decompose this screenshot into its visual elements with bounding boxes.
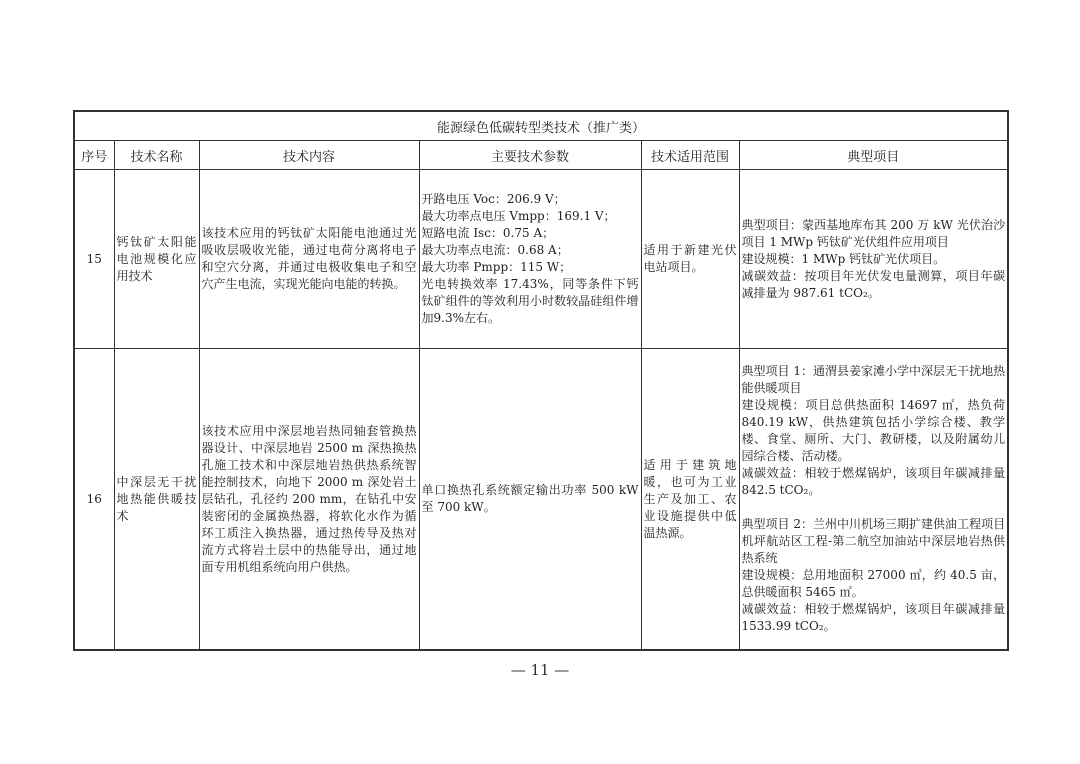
application-scope: 适用于新建光伏电站项目。 [641, 170, 739, 349]
typical-projects: 典型项目 1：通渭县姜家滩小学中深层无干扰地热能供暖项目 建设规模：项目总供热面… [739, 349, 1008, 651]
table-row: 16 中深层无干扰地热能供暖技术 该技术应用中深层地岩热同轴套管换热器设计、中深… [74, 349, 1008, 651]
header-params: 主要技术参数 [419, 141, 641, 170]
application-scope: 适用于建筑地暖，也可为工业生产及加工、农业设施提供中低温热源。 [641, 349, 739, 651]
param-line: 单口换热孔系统额定输出功率 500 kW 至 700 kW。 [422, 482, 639, 516]
param-line: 开路电压 Voc：206.9 V； [422, 191, 639, 208]
row-number: 15 [74, 170, 114, 349]
project-line: 典型项目 2：兰州中川机场三期扩建供油工程项目机坪航站区工程-第二航空加油站中深… [742, 516, 1006, 567]
table-row: 15 钙钛矿太阳能电池规模化应用技术 该技术应用的钙钛矿太阳能电池通过光吸收层吸… [74, 170, 1008, 349]
technology-params: 开路电压 Voc：206.9 V； 最大功率点电压 Vmpp：169.1 V； … [419, 170, 641, 349]
technology-name: 中深层无干扰地热能供暖技术 [114, 349, 199, 651]
header-content: 技术内容 [199, 141, 419, 170]
project-line: 典型项目：蒙西基地库布其 200 万 kW 光伏治沙项目 1 MWp 钙钛矿光伏… [742, 217, 1006, 251]
typical-projects: 典型项目：蒙西基地库布其 200 万 kW 光伏治沙项目 1 MWp 钙钛矿光伏… [739, 170, 1008, 349]
technology-table: 能源绿色低碳转型类技术（推广类） 序号 技术名称 技术内容 主要技术参数 技术适… [73, 110, 1009, 651]
row-number: 16 [74, 349, 114, 651]
technology-content: 该技术应用的钙钛矿太阳能电池通过光吸收层吸收光能，通过电荷分离将电子和空穴分离，… [199, 170, 419, 349]
project-line: 减碳效益：相较于燃煤锅炉，该项目年碳减排量 1533.99 tCO₂。 [742, 601, 1006, 635]
project-line: 减碳效益：相较于燃煤锅炉，该项目年碳减排量 842.5 tCO₂。 [742, 465, 1006, 499]
technology-content: 该技术应用中深层地岩热同轴套管换热器设计、中深层地岩 2500 m 深热换热孔施… [199, 349, 419, 651]
header-projects: 典型项目 [739, 141, 1008, 170]
project-line: 建设规模：1 MWp 钙钛矿光伏项目。 [742, 251, 1006, 268]
technology-name: 钙钛矿太阳能电池规模化应用技术 [114, 170, 199, 349]
spacer [742, 499, 1006, 516]
header-name: 技术名称 [114, 141, 199, 170]
project-line: 建设规模：总用地面积 27000 ㎡，约 40.5 亩，总供暖面积 5465 ㎡… [742, 567, 1006, 601]
param-line: 最大功率 Pmpp：115 W； [422, 259, 639, 276]
table-title: 能源绿色低碳转型类技术（推广类） [74, 111, 1008, 141]
param-line: 短路电流 Isc：0.75 A； [422, 225, 639, 242]
page-number: — 11 — [0, 661, 1080, 679]
header-scope: 技术适用范围 [641, 141, 739, 170]
header-no: 序号 [74, 141, 114, 170]
project-line: 典型项目 1：通渭县姜家滩小学中深层无干扰地热能供暖项目 [742, 363, 1006, 397]
param-line: 光电转换效率 17.43%，同等条件下钙钛矿组件的等效利用小时数较晶硅组件增加9… [422, 276, 639, 327]
param-line: 最大功率点电流：0.68 A； [422, 242, 639, 259]
project-line: 减碳效益：按项目年光伏发电量测算，项目年碳减排量为 987.61 tCO₂。 [742, 268, 1006, 302]
technology-params: 单口换热孔系统额定输出功率 500 kW 至 700 kW。 [419, 349, 641, 651]
param-line: 最大功率点电压 Vmpp：169.1 V； [422, 208, 639, 225]
project-line: 建设规模：项目总供热面积 14697 ㎡，热负荷 840.19 kW，供热建筑包… [742, 397, 1006, 465]
